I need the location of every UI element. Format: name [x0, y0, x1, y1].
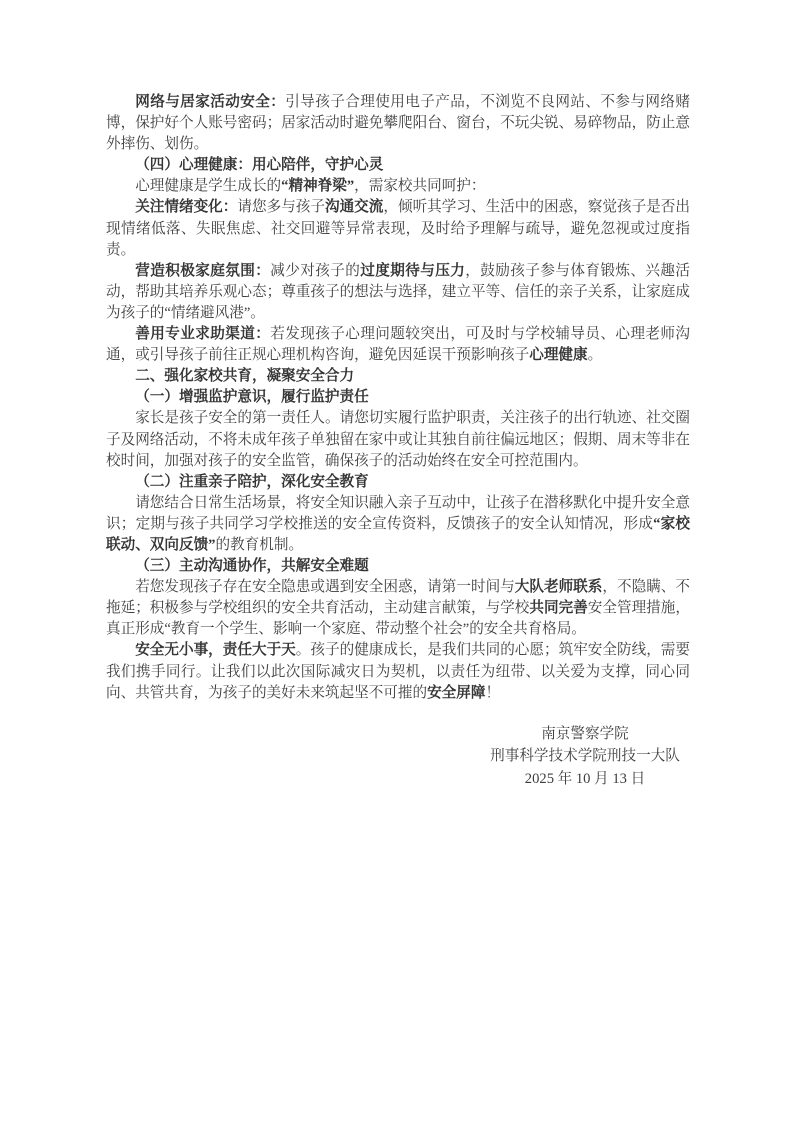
- paragraph: 请您结合日常生活场景，将安全知识融入亲子互动中，让孩子在潜移默化中提升安全意识；…: [106, 493, 690, 556]
- document-page: 网络与居家活动安全：引导孩子合理使用电子产品，不浏览不良网站、不参与网络赌博，保…: [0, 0, 799, 1131]
- heading: （三）主动沟通协作，共解安全难题: [106, 556, 690, 577]
- paragraph: 网络与居家活动安全：引导孩子合理使用电子产品，不浏览不良网站、不参与网络赌博，保…: [106, 92, 690, 155]
- signature-date: 2025 年 10 月 13 日: [435, 768, 735, 790]
- paragraph: 营造积极家庭氛围：减少对孩子的过度期待与压力，鼓励孩子参与体育锻炼、兴趣活动，帮…: [106, 261, 690, 324]
- paragraph: 家长是孩子安全的第一责任人。请您切实履行监护职责，关注孩子的出行轨迹、社交圈子及…: [106, 408, 690, 471]
- heading: 二、强化家校共育，凝聚安全合力: [106, 366, 690, 387]
- paragraph: 关注情绪变化：请您多与孩子沟通交流，倾听其学习、生活中的困惑，察觉孩子是否出现情…: [106, 197, 690, 260]
- heading: （四）心理健康：用心陪伴，守护心灵: [106, 155, 690, 176]
- paragraph: 安全无小事，责任大于天。孩子的健康成长，是我们共同的心愿；筑牢安全防线，需要我们…: [106, 640, 690, 703]
- heading: （一）增强监护意识，履行监护责任: [106, 387, 690, 408]
- paragraph: 心理健康是学生成长的“精神脊梁”，需家校共同呵护：: [106, 176, 690, 197]
- paragraph: 若您发现孩子存在安全隐患或遇到安全困惑，请第一时间与大队老师联系，不隐瞒、不拖延…: [106, 577, 690, 640]
- signature-org: 南京警察学院: [435, 723, 735, 745]
- heading: （二）注重亲子陪护，深化安全教育: [106, 472, 690, 493]
- paragraph: 善用专业求助渠道：若发现孩子心理问题较突出，可及时与学校辅导员、心理老师沟通，或…: [106, 324, 690, 366]
- document-body: 网络与居家活动安全：引导孩子合理使用电子产品，不浏览不良网站、不参与网络赌博，保…: [106, 92, 690, 704]
- signature-block: 南京警察学院 刑事科学技术学院刑技一大队 2025 年 10 月 13 日: [435, 723, 735, 790]
- signature-dept: 刑事科学技术学院刑技一大队: [435, 745, 735, 767]
